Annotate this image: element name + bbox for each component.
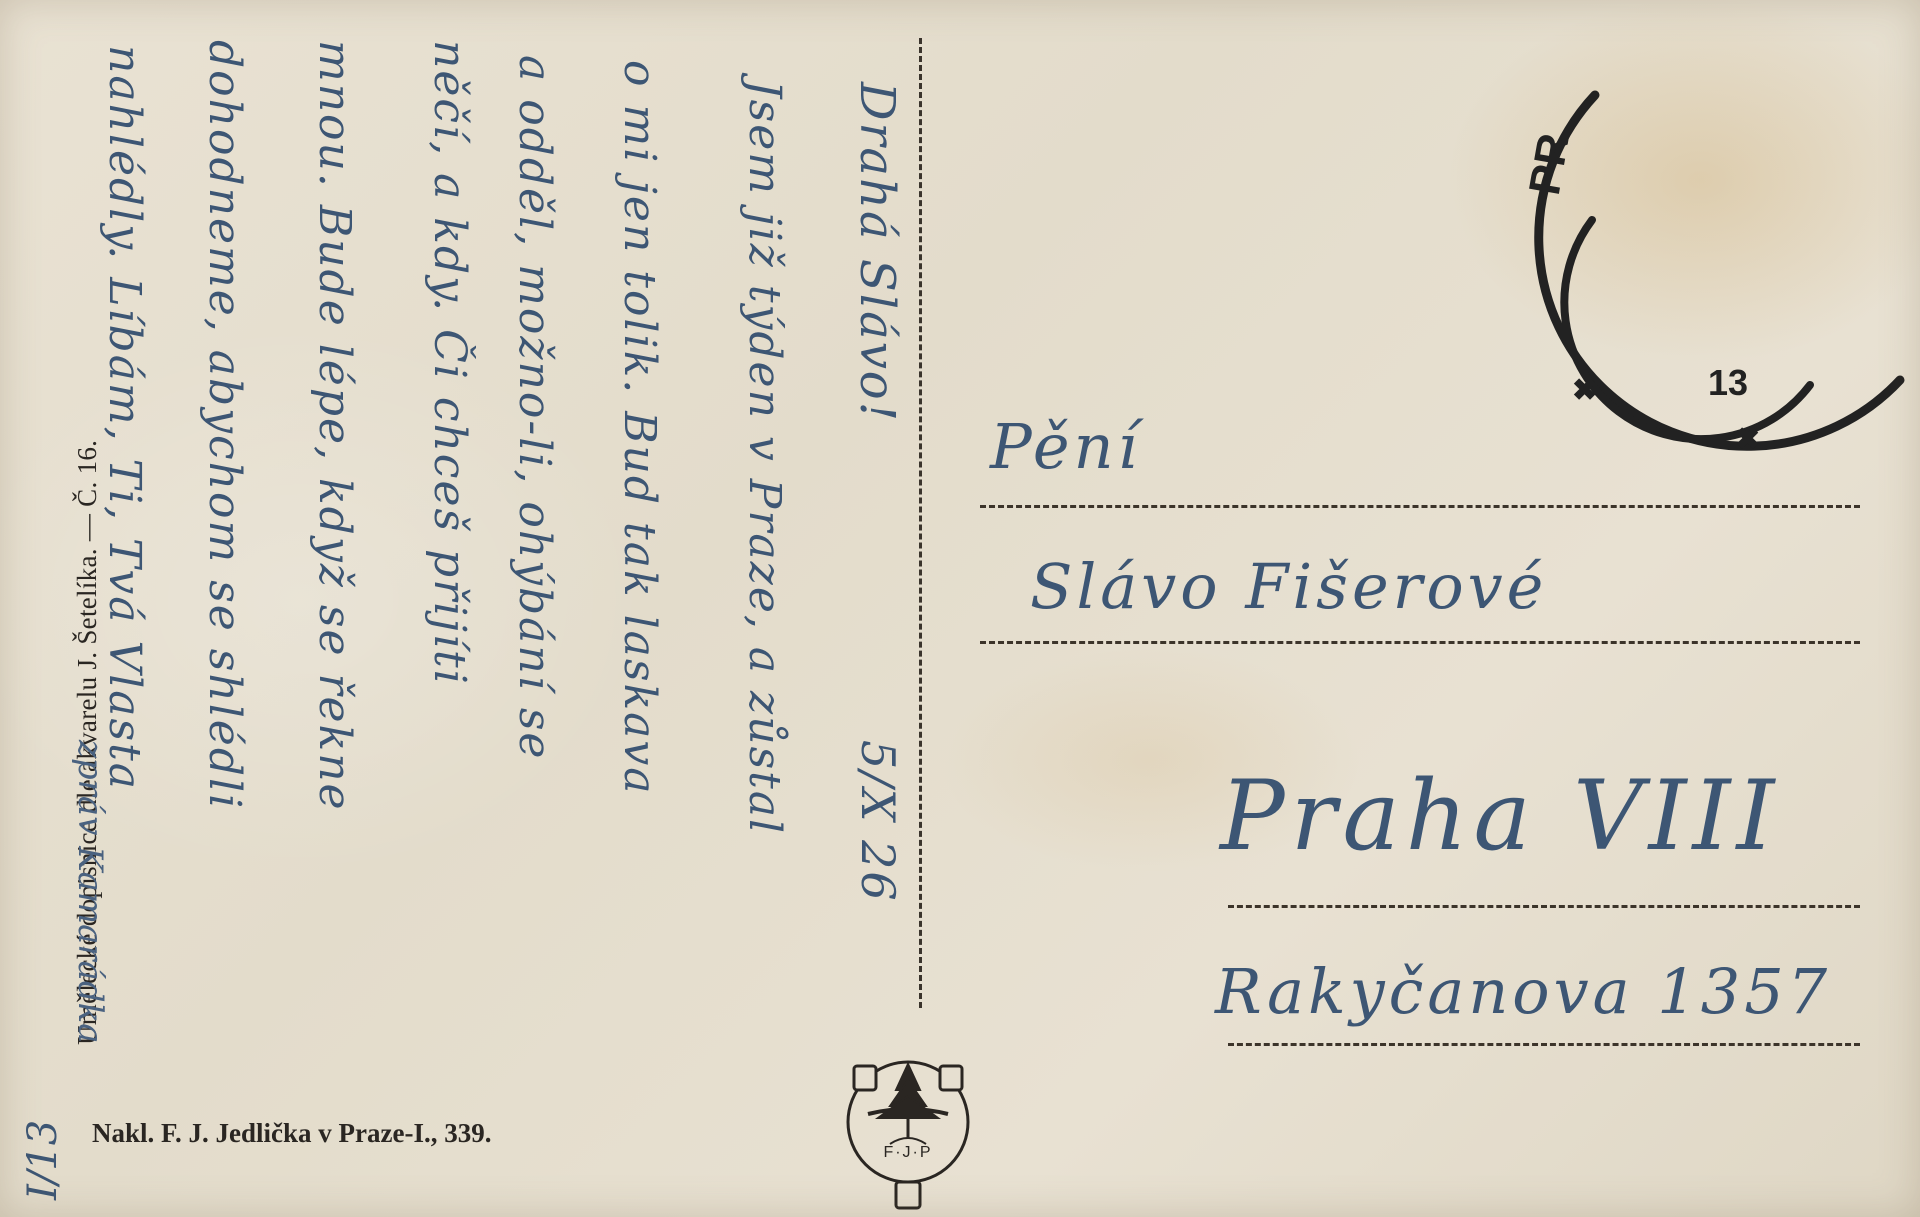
- postmark: PR 13 ✖ ✖: [1480, 70, 1920, 510]
- message-line: mnou. Bude lépe, když se řekne: [309, 40, 360, 812]
- postmark-town: PR: [1520, 130, 1580, 199]
- logo-initials: F·J·P: [838, 1144, 978, 1162]
- postmark-ornament-icon: ✖: [1735, 422, 1760, 457]
- message-line: něčí, a kdy. Či chceš přijíti: [424, 40, 475, 686]
- message-line: Jsem již týden v Praze, a zůstal: [739, 80, 790, 835]
- message-side-note: I/13: [20, 1120, 66, 1200]
- tree-logo-icon: [838, 1052, 978, 1212]
- address-line-3: [1228, 905, 1860, 908]
- publisher-imprint: Nakl. F. J. Jedlička v Praze-I., 339.: [92, 1118, 491, 1149]
- postmark-ornament-icon: ✖: [1572, 373, 1597, 408]
- address-recipient: Slávo Fišerové: [1030, 550, 1547, 623]
- address-line-2: [980, 641, 1860, 644]
- message-line: o mi jen tolik. Bud tak laskava: [614, 60, 665, 795]
- message-date: 5/X 26: [851, 740, 905, 903]
- message-signature: zpráv Kamarádka: [70, 740, 110, 1044]
- message-line: a odděl, možno-li, ohýbání se: [509, 55, 560, 760]
- message-greeting: Drahá Slávo!: [849, 82, 905, 423]
- address-salutation: Pění: [990, 410, 1141, 483]
- message-line: dohodneme, abychom se shlédli: [199, 40, 250, 810]
- center-divider: [919, 38, 922, 1008]
- publisher-logo: F·J·P: [838, 1052, 978, 1212]
- address-city: Praha VIII: [1220, 760, 1780, 872]
- postcard-back: Umělecké dopisnice dle akvarelu J. Šetel…: [0, 0, 1920, 1217]
- message-line: nahlédly. Líbám, Ti, Tvá Vlasta: [99, 45, 150, 791]
- postmark-date: 13: [1708, 362, 1748, 404]
- address-street: Rakyčanova 1357: [1215, 955, 1831, 1028]
- address-line-4: [1228, 1043, 1860, 1046]
